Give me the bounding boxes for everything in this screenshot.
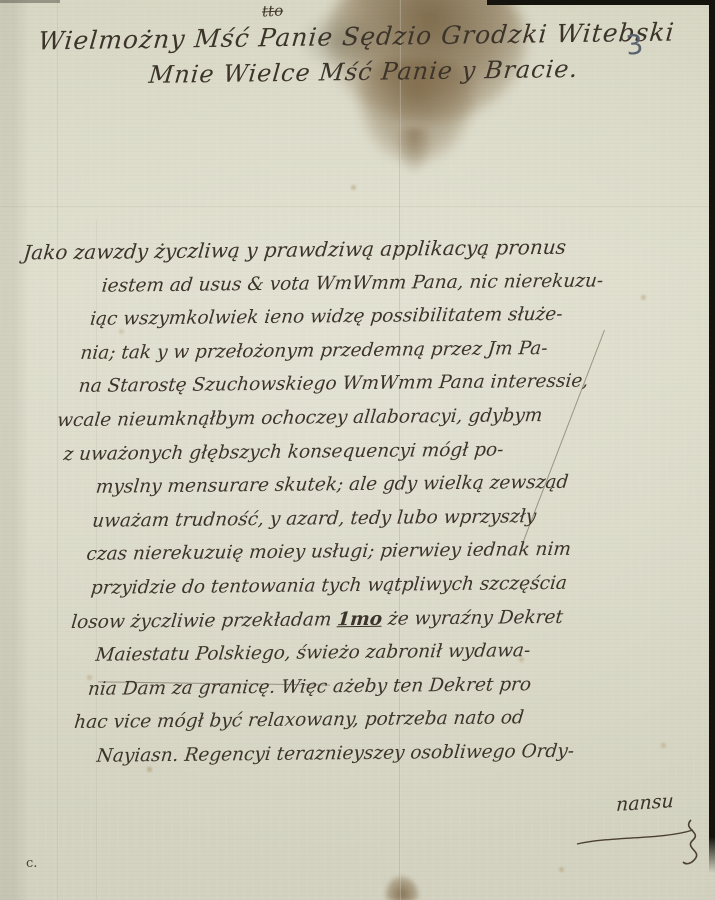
letter-body: Jako zawzdy życzliwą y prawdziwą applika…: [0, 229, 715, 774]
fold-line-horizontal: [0, 206, 715, 208]
body-line-segment: że wyraźny Dekret: [381, 606, 564, 629]
signature-flourish: [575, 818, 715, 873]
salutation: Wielmożny Mść Panie Sędzio Grodzki Witeb…: [0, 11, 715, 21]
corner-mark: c.: [26, 856, 37, 871]
salutation-line-2: Mnie Wielce Mść Panie y Bracie.: [148, 55, 580, 89]
scan-edge-right: [709, 0, 715, 900]
strikethrough-mark: tto: [262, 1, 284, 20]
emphasis-word: 1mo: [336, 608, 383, 629]
salutation-line-1: Wielmożny Mść Panie Sędzio Grodzki Witeb…: [37, 18, 676, 56]
ink-stain-bottom: [385, 876, 419, 900]
catchword: nansu: [616, 790, 674, 816]
letter-page: Wielmożny Mść Panie Sędzio Grodzki Witeb…: [0, 0, 715, 900]
body-line-segment: losow życzliwie przekładam: [70, 609, 338, 633]
folio-number: 3: [624, 29, 644, 62]
scan-edge-top: [487, 0, 715, 5]
body-line: Nayiasn. Regencyi teraznieyszey osobliwe…: [95, 733, 715, 773]
ink-stain-tail: [396, 128, 432, 174]
scan-edge-top-left: [0, 0, 60, 3]
